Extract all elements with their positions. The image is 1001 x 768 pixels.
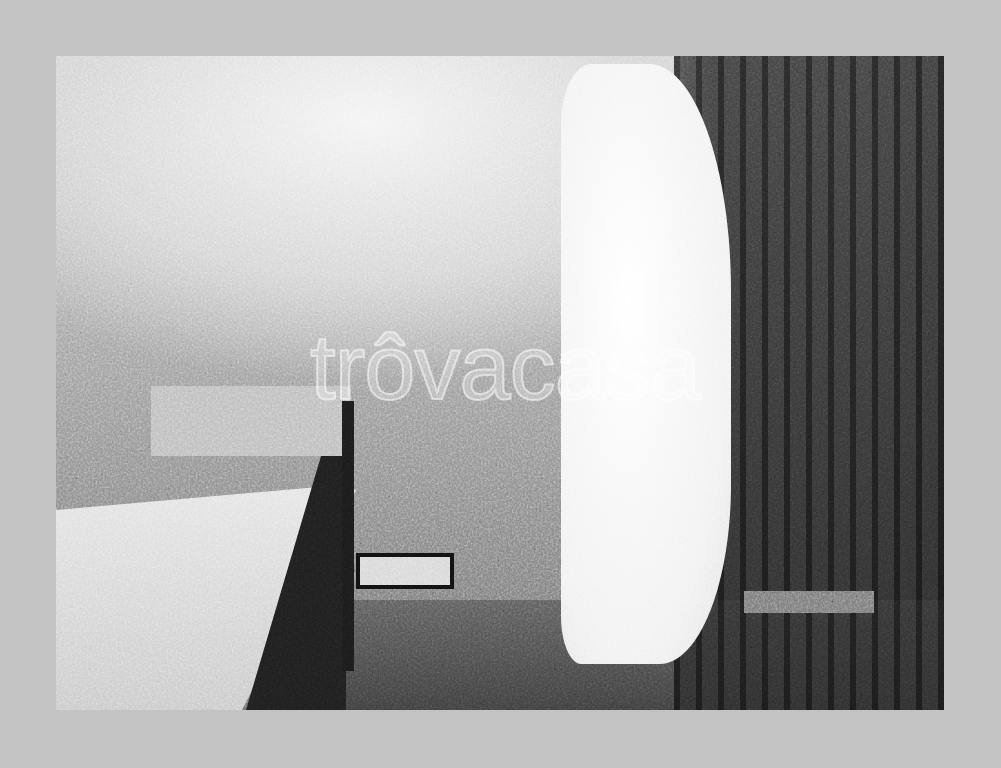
grain-overlay	[56, 56, 944, 710]
property-photo	[56, 56, 944, 710]
